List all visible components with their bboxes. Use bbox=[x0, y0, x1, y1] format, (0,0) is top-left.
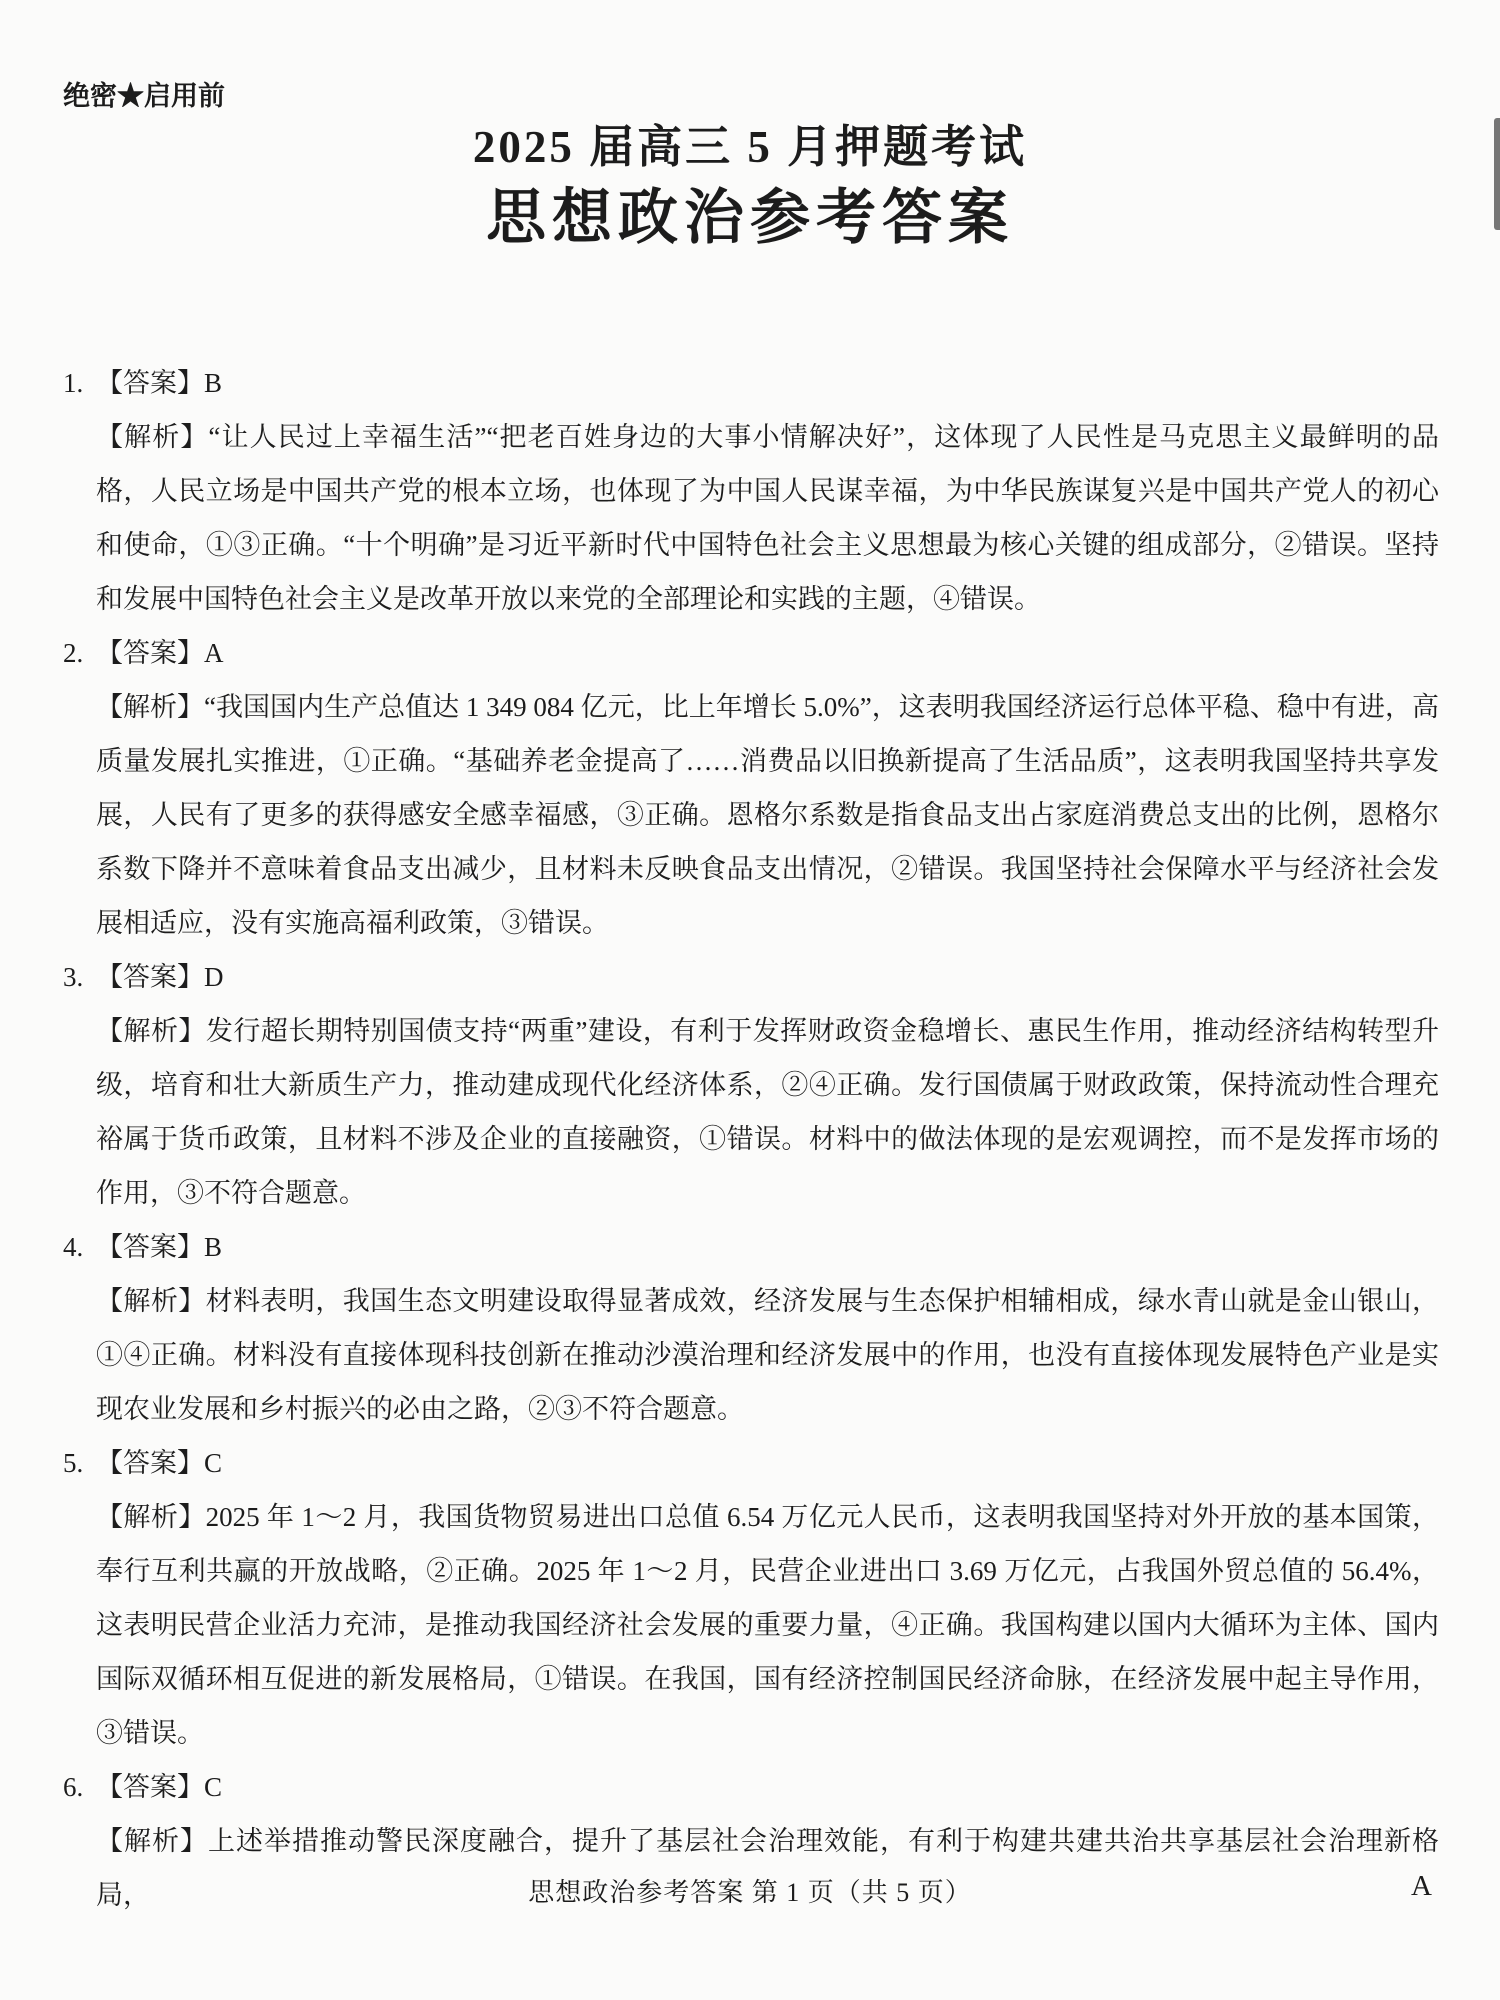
answer-line: 2. 【答案】A bbox=[63, 626, 1439, 680]
answer-sheet-page: 绝密★启用前 2025 届高三 5 月押题考试 思想政治参考答案 1. 【答案】… bbox=[0, 0, 1500, 2000]
answer-item: 5. 【答案】C 【解析】2025 年 1～2 月，我国货物贸易进出口总值 6.… bbox=[63, 1436, 1439, 1760]
item-number: 1. bbox=[63, 356, 96, 410]
item-number: 3. bbox=[63, 950, 96, 1004]
item-number: 6. bbox=[63, 1760, 96, 1814]
answer-line: 5. 【答案】C bbox=[63, 1436, 1439, 1490]
answer-text: 【答案】D bbox=[96, 950, 224, 1004]
item-number: 5. bbox=[63, 1436, 96, 1490]
analysis-text: 【解析】材料表明，我国生态文明建设取得显著成效，经济发展与生态保护相辅相成，绿水… bbox=[96, 1274, 1439, 1436]
answer-line: 4. 【答案】B bbox=[63, 1220, 1439, 1274]
answer-item: 1. 【答案】B 【解析】“让人民过上幸福生活”“把老百姓身边的大事小情解决好”… bbox=[63, 356, 1439, 626]
answer-text: 【答案】B bbox=[96, 1220, 222, 1274]
answer-line: 1. 【答案】B bbox=[63, 356, 1439, 410]
item-number: 2. bbox=[63, 626, 96, 680]
answer-text: 【答案】A bbox=[96, 626, 224, 680]
answer-line: 6. 【答案】C bbox=[63, 1760, 1439, 1814]
exam-title: 2025 届高三 5 月押题考试 bbox=[0, 110, 1500, 175]
answer-text: 【答案】B bbox=[96, 356, 222, 410]
classification-label: 绝密★启用前 bbox=[63, 74, 225, 113]
answer-item: 3. 【答案】D 【解析】发行超长期特别国债支持“两重”建设，有利于发挥财政资金… bbox=[63, 950, 1439, 1220]
scan-edge-artifact bbox=[1494, 118, 1500, 230]
answer-text: 【答案】C bbox=[96, 1436, 222, 1490]
answer-list: 1. 【答案】B 【解析】“让人民过上幸福生活”“把老百姓身边的大事小情解决好”… bbox=[63, 356, 1439, 1922]
analysis-text: 【解析】“让人民过上幸福生活”“把老百姓身边的大事小情解决好”，这体现了人民性是… bbox=[96, 410, 1439, 626]
item-number: 4. bbox=[63, 1220, 96, 1274]
answer-item: 4. 【答案】B 【解析】材料表明，我国生态文明建设取得显著成效，经济发展与生态… bbox=[63, 1220, 1439, 1436]
answer-line: 3. 【答案】D bbox=[63, 950, 1439, 1004]
footer-page-info: 思想政治参考答案 第 1 页（共 5 页） bbox=[0, 1872, 1500, 1909]
answer-text: 【答案】C bbox=[96, 1760, 222, 1814]
paper-version-label: A bbox=[1411, 1870, 1432, 1903]
page-subtitle: 思想政治参考答案 bbox=[0, 170, 1500, 256]
analysis-text: 【解析】发行超长期特别国债支持“两重”建设，有利于发挥财政资金稳增长、惠民生作用… bbox=[96, 1004, 1439, 1220]
analysis-text: 【解析】“我国国内生产总值达 1 349 084 亿元，比上年增长 5.0%”，… bbox=[96, 680, 1439, 950]
answer-item: 2. 【答案】A 【解析】“我国国内生产总值达 1 349 084 亿元，比上年… bbox=[63, 626, 1439, 950]
analysis-text: 【解析】2025 年 1～2 月，我国货物贸易进出口总值 6.54 万亿元人民币… bbox=[96, 1490, 1439, 1760]
